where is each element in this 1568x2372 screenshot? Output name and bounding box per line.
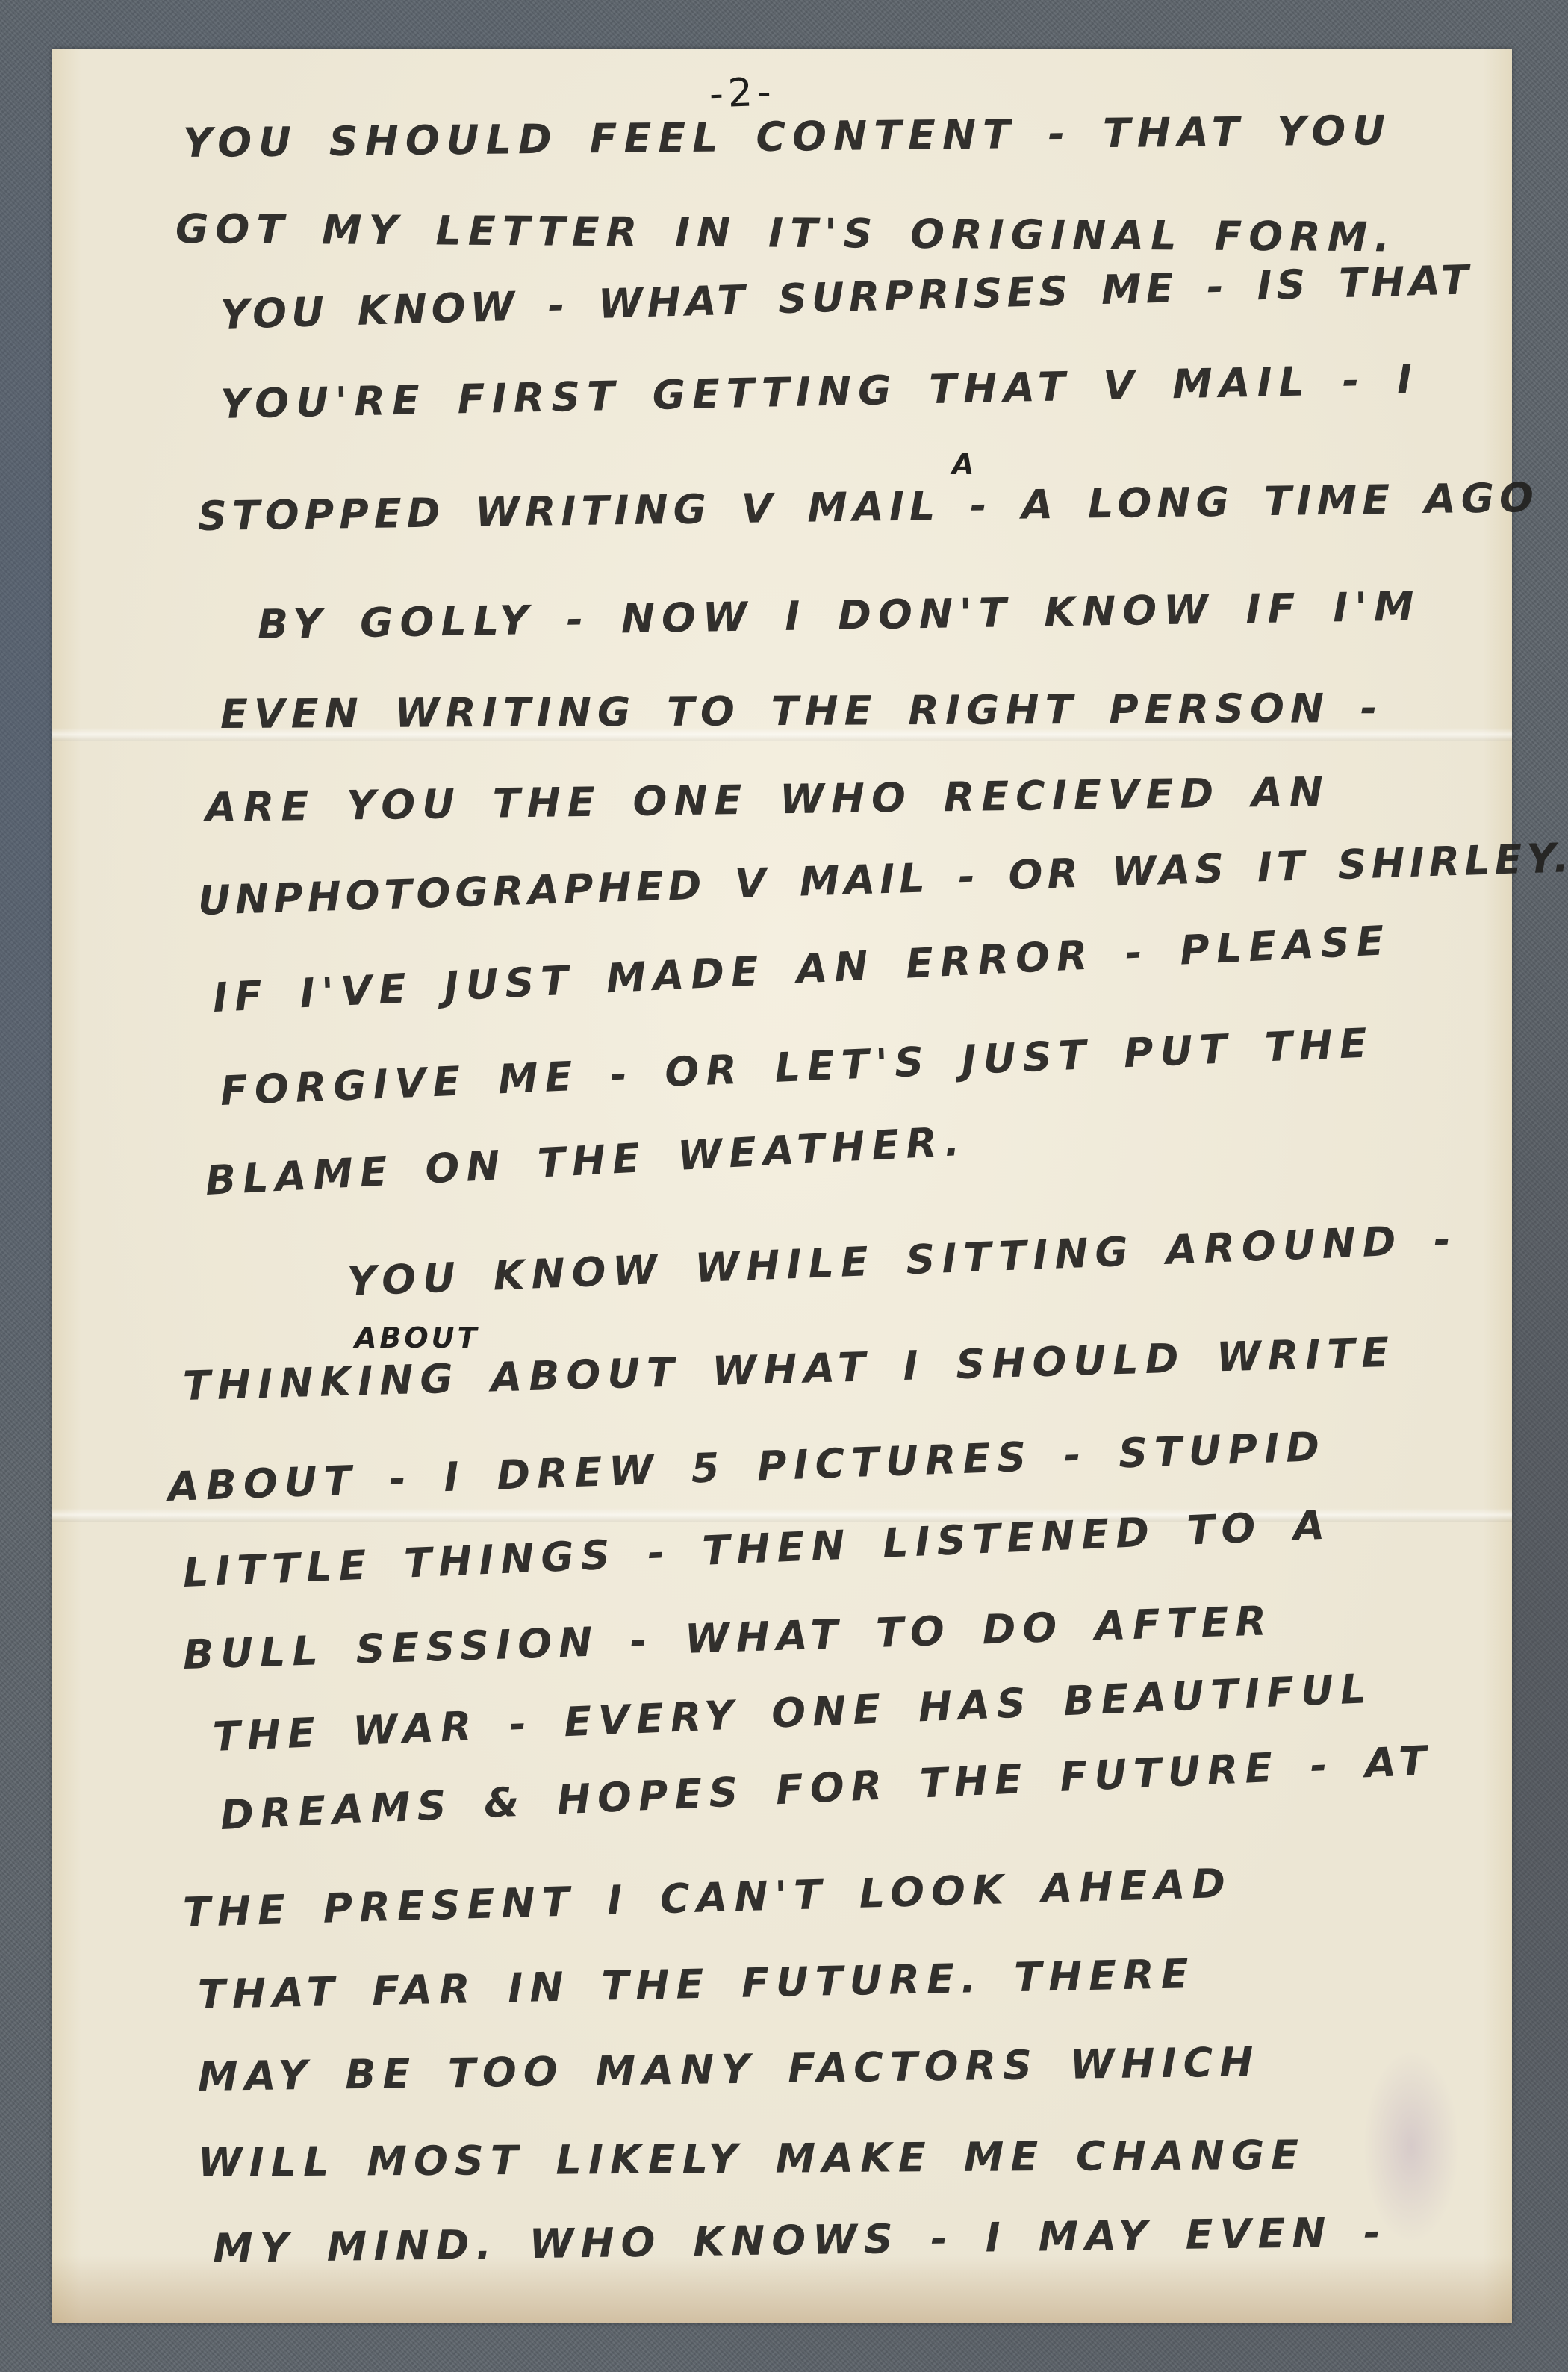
letter-line-8: Are you the one who recieved an — [205, 768, 1331, 831]
letter-line-15: about - I drew 5 pictures - stupid — [167, 1423, 1327, 1510]
inserted-word-a: A — [952, 448, 977, 481]
letter-line-24: my mind. Who knows - I may even - — [213, 2208, 1388, 2272]
inserted-word-about: ABOUT — [355, 1322, 479, 1354]
letter-line-9: unphotographed V mail - or was it Shirle… — [197, 834, 1568, 924]
letter-line-3: You know - what surprises me - is that — [220, 256, 1473, 338]
letter-page: -2- You should feel content - that you g… — [52, 49, 1512, 2323]
letter-line-12: blame on the weather. — [204, 1118, 967, 1204]
letter-line-2: got my letter in it's original form. — [175, 205, 1396, 261]
letter-line-23: will most likely make me change — [198, 2132, 1305, 2186]
letter-line-1: You should feel content - that you — [183, 107, 1393, 166]
letter-line-18: the war - Every one has beautiful — [212, 1665, 1374, 1761]
letter-line-20: the present I can't look ahead — [182, 1860, 1233, 1936]
letter-line-7: even writing to the right person - — [220, 685, 1384, 738]
page-number: -2- — [709, 69, 777, 116]
letter-line-11: forgive me - or let's just put the — [220, 1019, 1375, 1115]
letter-line-5: stopped writing V mail - a long time ago… — [198, 473, 1568, 540]
letter-line-10: If I've just made an error - please — [211, 917, 1391, 1021]
letter-line-13: You know while sitting around - — [346, 1215, 1458, 1305]
letter-line-4: you're first getting that V mail - I — [220, 355, 1419, 428]
letter-line-21: that far in the future. There — [197, 1950, 1195, 2018]
letter-line-22: may be too many factors which — [198, 2038, 1260, 2100]
letter-line-17: bull session - what to do after — [182, 1597, 1274, 1678]
letter-line-6: By Golly - now I don't know if I'm — [258, 583, 1422, 648]
